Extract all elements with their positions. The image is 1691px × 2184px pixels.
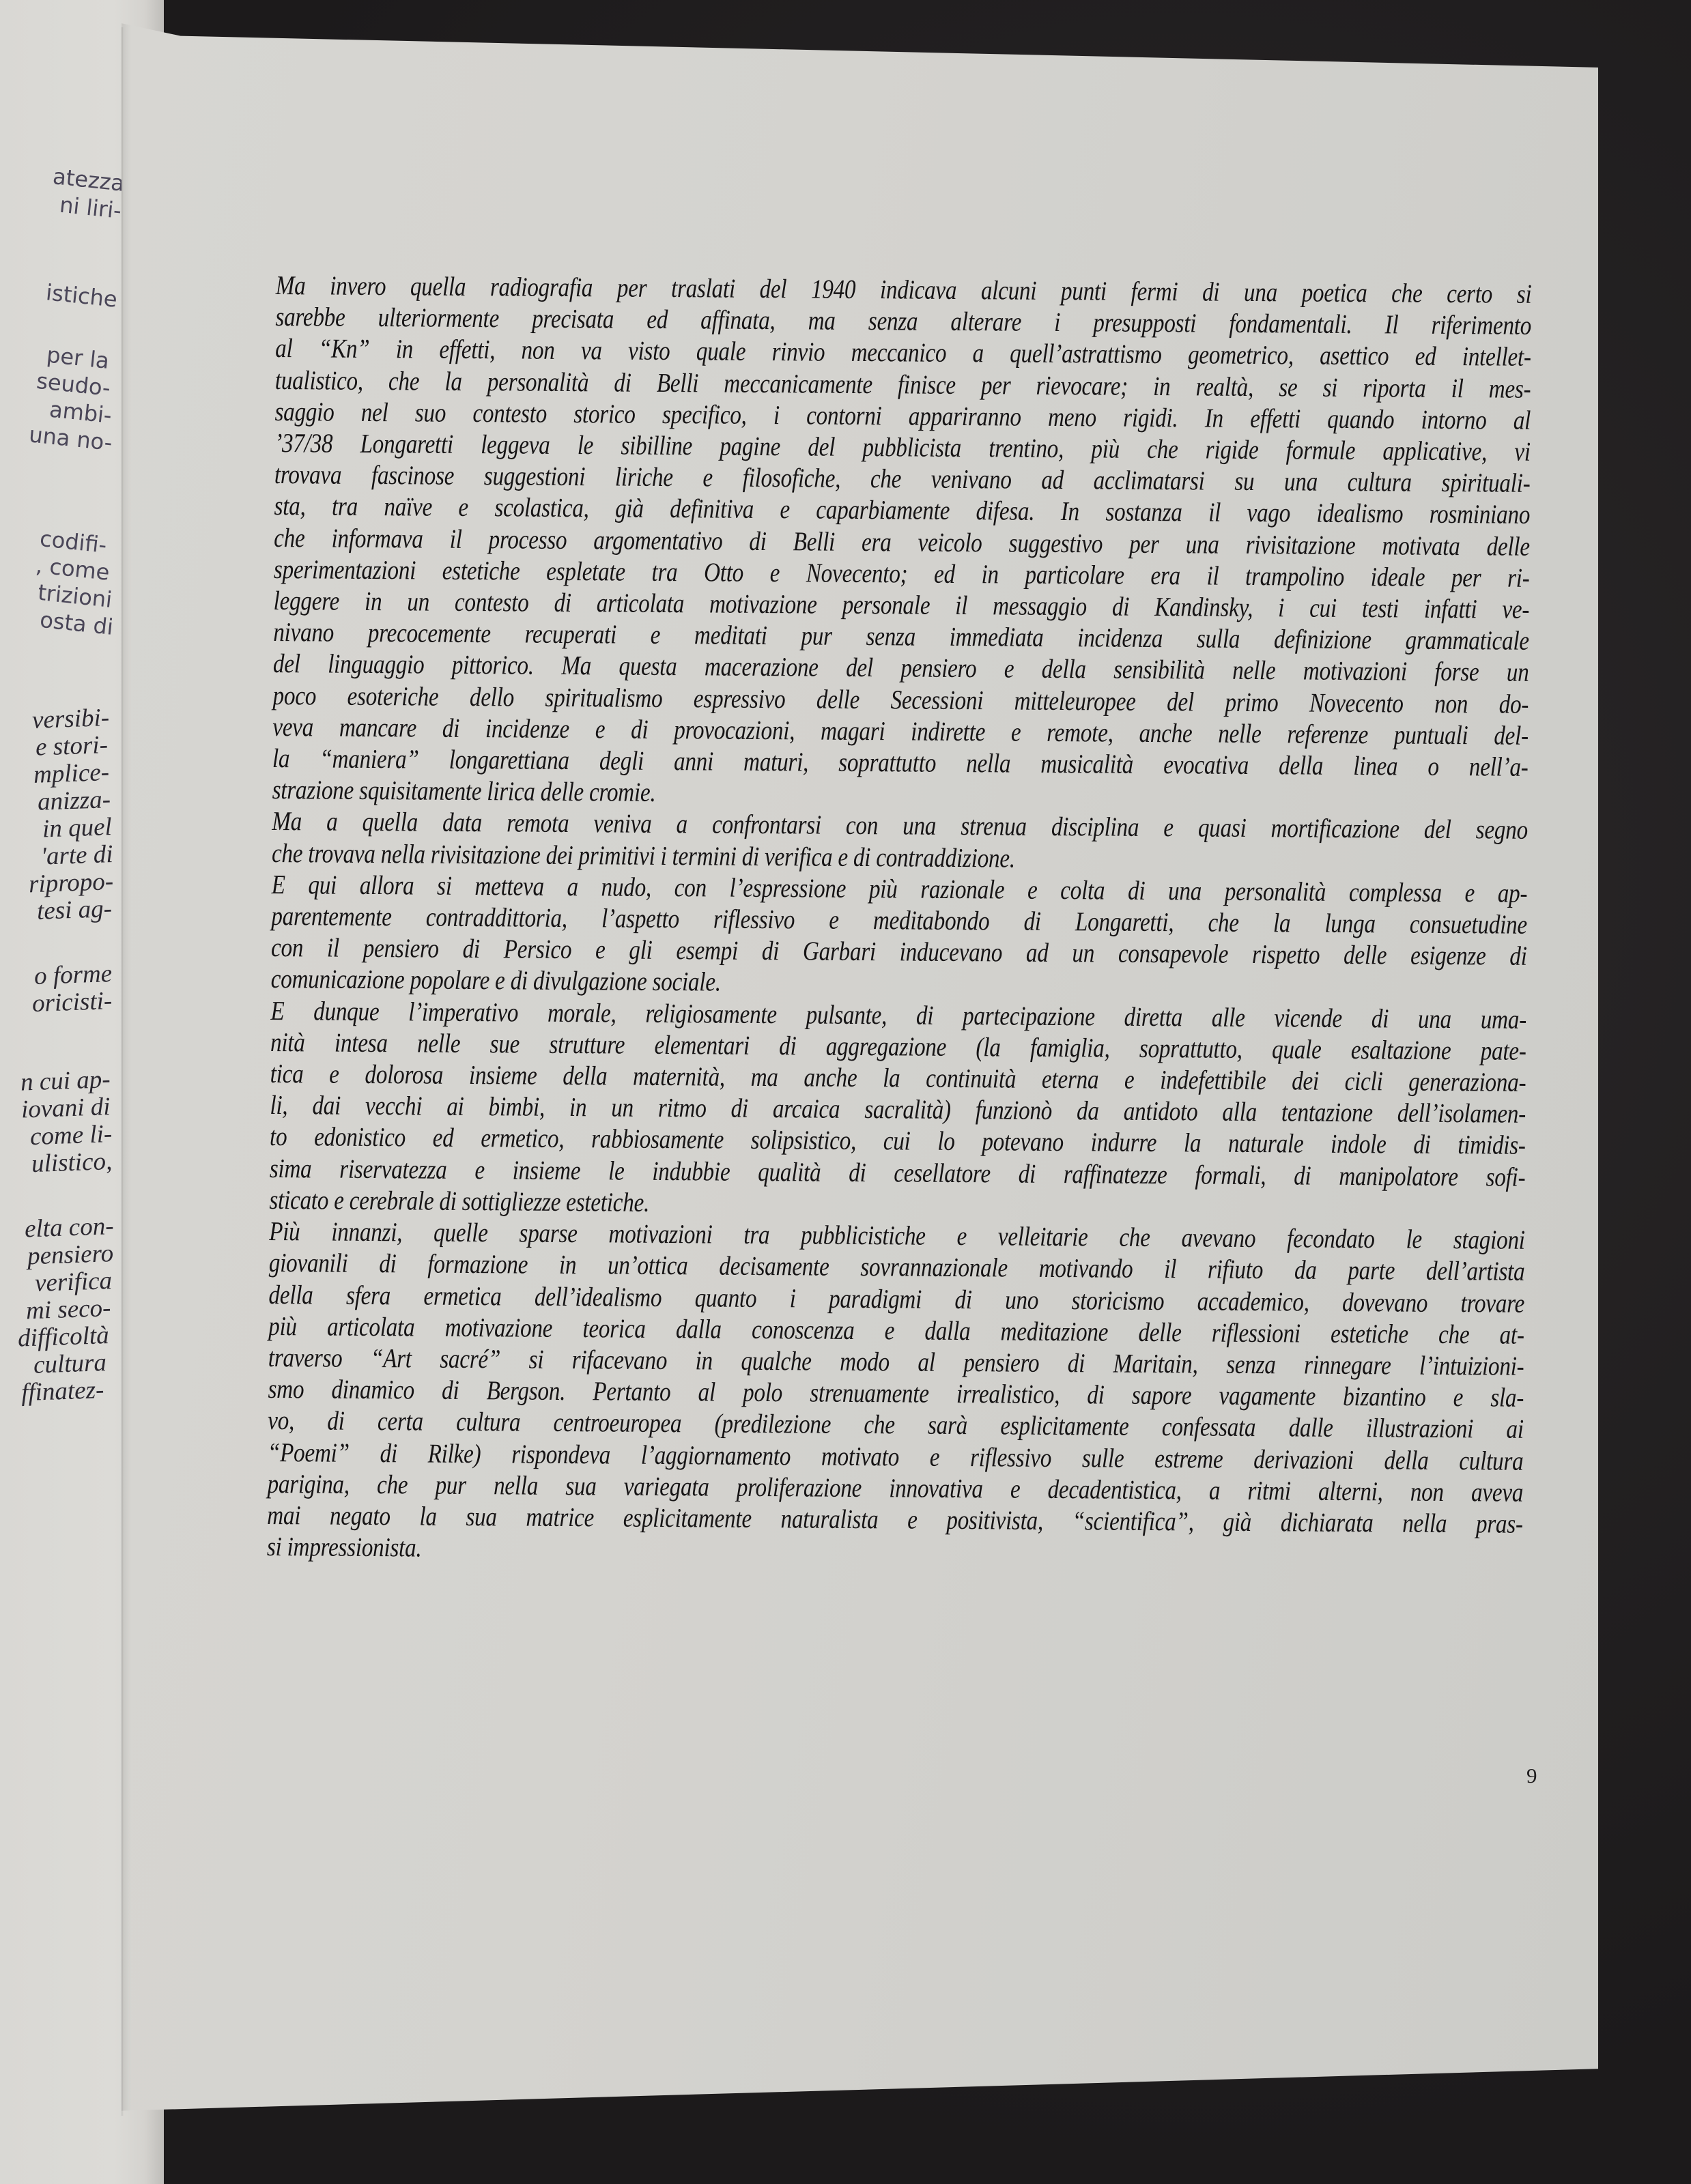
- body-text: Ma invero quella radiografia per traslat…: [267, 270, 1532, 1571]
- book-spine-shadow: [122, 27, 124, 2116]
- left-page-fragment: istiche: [45, 279, 119, 313]
- left-page-fragment: ffinatez-: [20, 1375, 104, 1407]
- left-page-fragment: tesi ag-: [36, 894, 112, 926]
- left-page-fragment: ulistico,: [31, 1147, 113, 1179]
- page-number: 9: [1526, 1764, 1537, 1788]
- left-page-fragment: oricisti-: [31, 986, 113, 1018]
- left-page-fragment: ni liri-: [59, 192, 123, 224]
